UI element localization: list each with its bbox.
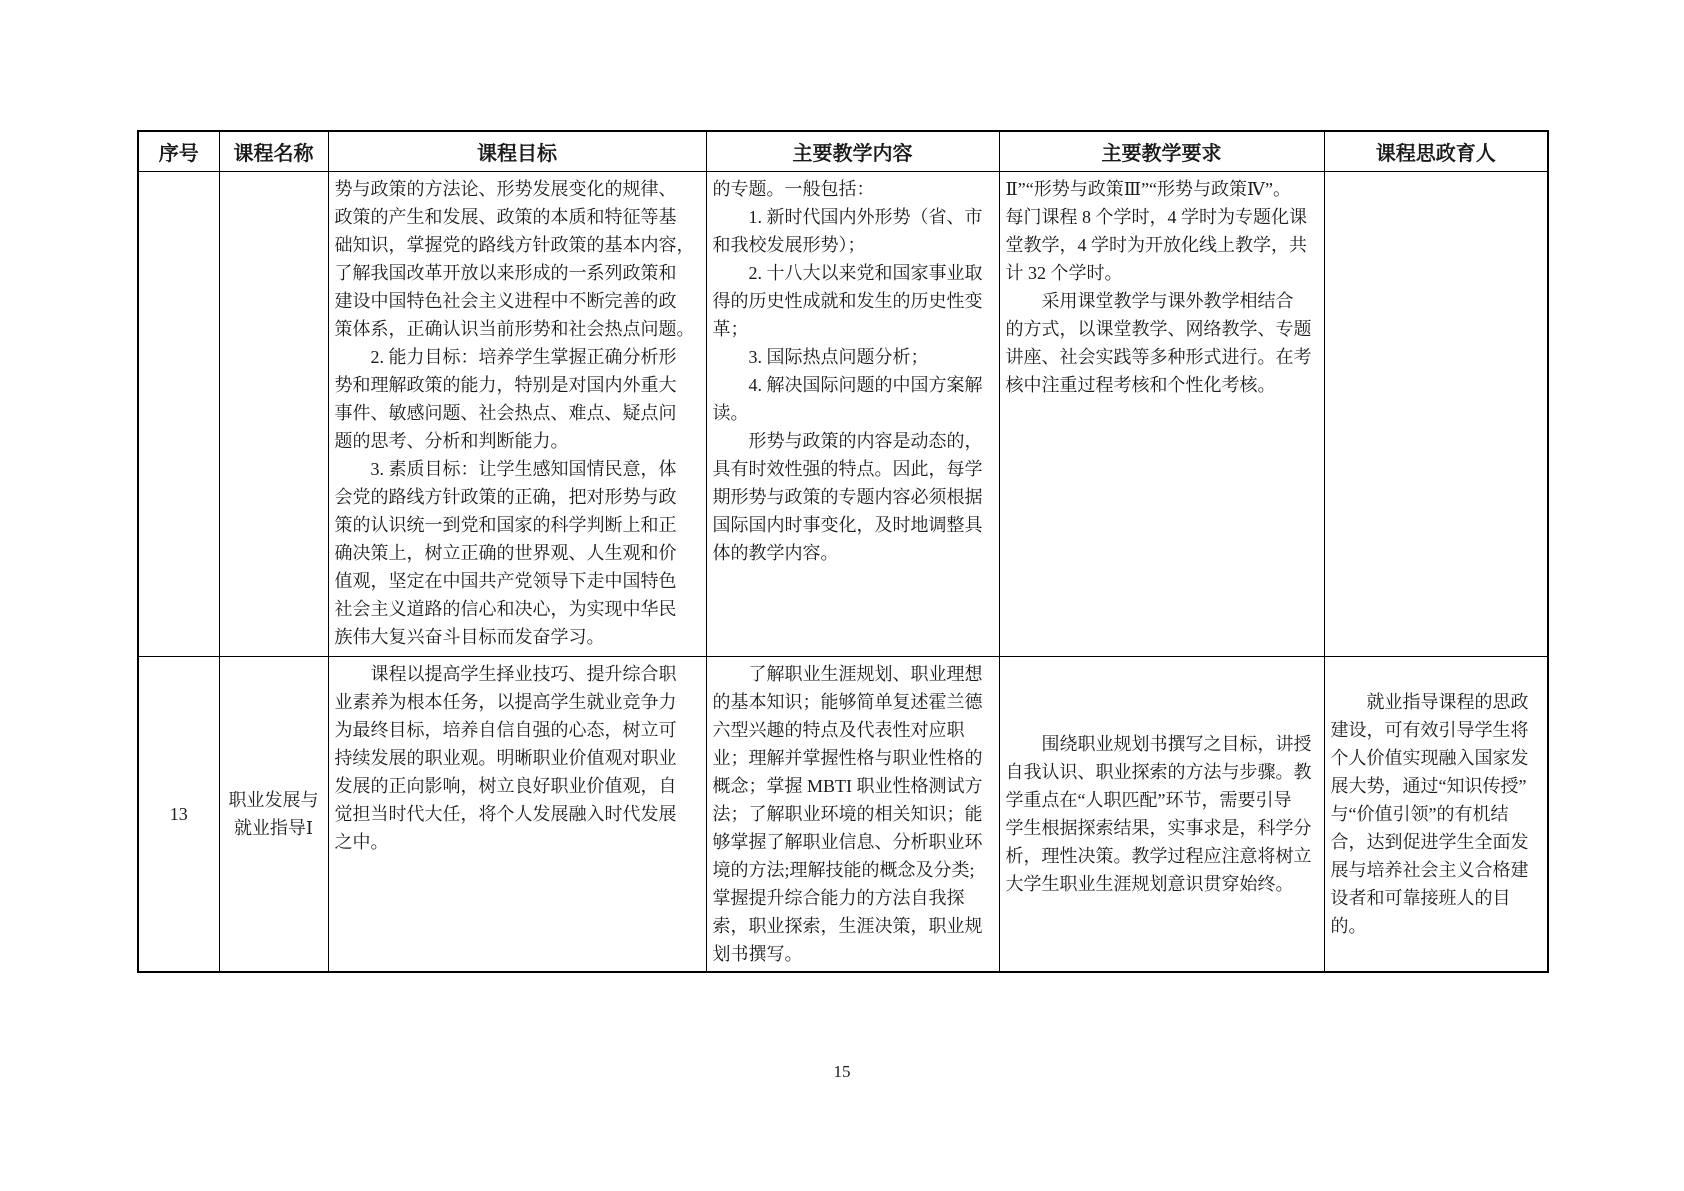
requirements-text: 围绕职业规划书撰写之目标，讲授 自我认识、职业探索的方法与步骤。教 学重点在“人…: [1000, 727, 1324, 901]
header-seq: 序号: [138, 131, 219, 171]
seq-text: 13: [139, 797, 219, 831]
page-number: 15: [0, 1062, 1684, 1082]
cell-course-name: 职业发展与 就业指导Ⅰ: [219, 656, 328, 972]
cell-content: 的专题。一般包括： 1. 新时代国内外形势（省、市 和我校发展形势）； 2. 十…: [706, 171, 999, 656]
course-name-text: 职业发展与 就业指导Ⅰ: [220, 783, 328, 845]
objectives-text: 课程以提高学生择业技巧、提升综合职 业素养为根本任务，以提高学生就业竞争力 为最…: [329, 657, 706, 859]
cell-ideology: 就业指导课程的思政 建设，可有效引导学生将 个人价值实现融入国家发 展大势，通过…: [1324, 656, 1548, 972]
cell-content: 了解职业生涯规划、职业理想 的基本知识；能够简单复述霍兰德 六型兴趣的特点及代表…: [706, 656, 999, 972]
cell-objectives: 势与政策的方法论、形势发展变化的规律、 政策的产生和发展、政策的本质和特征等基 …: [328, 171, 706, 656]
content-text: 了解职业生涯规划、职业理想 的基本知识；能够简单复述霍兰德 六型兴趣的特点及代表…: [707, 657, 999, 971]
cell-course-name: [219, 171, 328, 656]
seq-text: [139, 411, 219, 417]
header-objectives: 课程目标: [328, 131, 706, 171]
table-row: 势与政策的方法论、形势发展变化的规律、 政策的产生和发展、政策的本质和特征等基 …: [138, 171, 1548, 656]
ideology-text: 就业指导课程的思政 建设，可有效引导学生将 个人价值实现融入国家发 展大势，通过…: [1325, 685, 1548, 943]
cell-requirements: 围绕职业规划书撰写之目标，讲授 自我认识、职业探索的方法与步骤。教 学重点在“人…: [999, 656, 1324, 972]
objectives-text: 势与政策的方法论、形势发展变化的规律、 政策的产生和发展、政策的本质和特征等基 …: [329, 172, 706, 654]
course-name-text: [220, 411, 328, 417]
ideology-text: [1325, 172, 1548, 178]
course-syllabus-table: 序号 课程名称 课程目标 主要教学内容 主要教学要求 课程思政育人 势与政策的方…: [137, 130, 1549, 973]
cell-requirements: Ⅱ”“形势与政策Ⅲ”“形势与政策Ⅳ”。 每门课程 8 个学时，4 学时为专题化课…: [999, 171, 1324, 656]
cell-ideology: [1324, 171, 1548, 656]
header-course-name: 课程名称: [219, 131, 328, 171]
content-text: 的专题。一般包括： 1. 新时代国内外形势（省、市 和我校发展形势）； 2. 十…: [707, 172, 999, 570]
header-ideology: 课程思政育人: [1324, 131, 1548, 171]
requirements-text: Ⅱ”“形势与政策Ⅲ”“形势与政策Ⅳ”。 每门课程 8 个学时，4 学时为专题化课…: [1000, 172, 1324, 402]
document-page: 序号 课程名称 课程目标 主要教学内容 主要教学要求 课程思政育人 势与政策的方…: [0, 0, 1684, 1191]
cell-seq: [138, 171, 219, 656]
cell-seq: 13: [138, 656, 219, 972]
cell-objectives: 课程以提高学生择业技巧、提升综合职 业素养为根本任务，以提高学生就业竞争力 为最…: [328, 656, 706, 972]
header-requirements: 主要教学要求: [999, 131, 1324, 171]
header-content: 主要教学内容: [706, 131, 999, 171]
table-header-row: 序号 课程名称 课程目标 主要教学内容 主要教学要求 课程思政育人: [138, 131, 1548, 171]
table-row: 13 职业发展与 就业指导Ⅰ 课程以提高学生择业技巧、提升综合职 业素养为根本任…: [138, 656, 1548, 972]
